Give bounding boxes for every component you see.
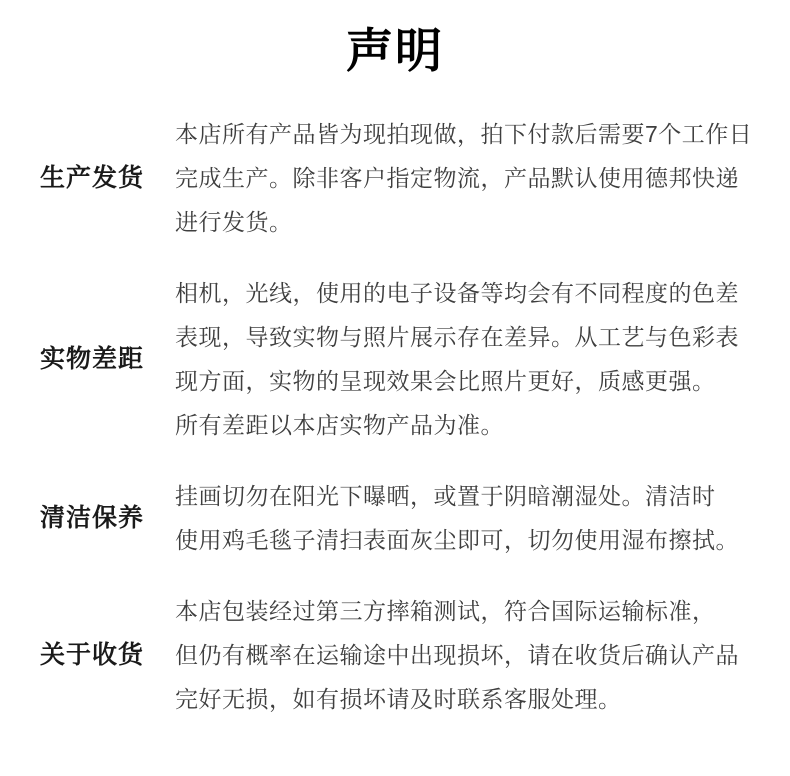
section-text-line: 所有差距以本店实物产品为准。 bbox=[175, 412, 504, 438]
section-text: 相机，光线，使用的电子设备等均会有不同程度的色差表现，导致实物与照片展示存在差异… bbox=[175, 271, 756, 447]
section-text: 本店包装经过第三方摔箱测试，符合国际运输标准，但仍有概率在运输途中出现损坏，请在… bbox=[175, 589, 756, 721]
page-title: 声明 bbox=[0, 22, 790, 80]
statement-section: 实物差距相机，光线，使用的电子设备等均会有不同程度的色差表现，导致实物与照片展示… bbox=[40, 271, 756, 447]
section-text-line: 但仍有概率在运输途中出现损坏，请在收货后确认产品 bbox=[175, 642, 739, 668]
section-text-line: 表现，导致实物与照片展示存在差异。从工艺与色彩表 bbox=[175, 324, 739, 350]
section-label: 生产发货 bbox=[40, 161, 175, 196]
section-label: 清洁保养 bbox=[40, 501, 175, 536]
section-text: 挂画切勿在阳光下曝晒，或置于阴暗潮湿处。清洁时使用鸡毛毯子清扫表面灰尘即可，切勿… bbox=[175, 474, 756, 562]
section-label: 关于收货 bbox=[40, 638, 175, 673]
statement-section: 生产发货本店所有产品皆为现拍现做，拍下付款后需要7个工作日完成生产。除非客户指定… bbox=[40, 112, 756, 244]
statement-section: 关于收货本店包装经过第三方摔箱测试，符合国际运输标准，但仍有概率在运输途中出现损… bbox=[40, 589, 756, 721]
section-text-line: 进行发货。 bbox=[175, 209, 293, 235]
section-text-line: 挂画切勿在阳光下曝晒，或置于阴暗潮湿处。清洁时 bbox=[175, 483, 716, 509]
section-text-line: 本店包装经过第三方摔箱测试，符合国际运输标准， bbox=[175, 598, 716, 624]
section-label: 实物差距 bbox=[40, 342, 175, 377]
statement-section: 清洁保养挂画切勿在阳光下曝晒，或置于阴暗潮湿处。清洁时使用鸡毛毯子清扫表面灰尘即… bbox=[40, 474, 756, 562]
section-text-line: 本店所有产品皆为现拍现做，拍下付款后需要7个工作日 bbox=[175, 121, 752, 147]
statement-page: 声明 生产发货本店所有产品皆为现拍现做，拍下付款后需要7个工作日完成生产。除非客… bbox=[0, 0, 790, 776]
section-text-line: 完成生产。除非客户指定物流，产品默认使用德邦快递 bbox=[175, 165, 739, 191]
section-text: 本店所有产品皆为现拍现做，拍下付款后需要7个工作日完成生产。除非客户指定物流，产… bbox=[175, 112, 756, 244]
statement-sections: 生产发货本店所有产品皆为现拍现做，拍下付款后需要7个工作日完成生产。除非客户指定… bbox=[0, 112, 790, 721]
section-text-line: 完好无损，如有损坏请及时联系客服处理。 bbox=[175, 686, 622, 712]
section-text-line: 现方面，实物的呈现效果会比照片更好，质感更强。 bbox=[175, 368, 716, 394]
section-text-line: 相机，光线，使用的电子设备等均会有不同程度的色差 bbox=[175, 280, 739, 306]
section-text-line: 使用鸡毛毯子清扫表面灰尘即可，切勿使用湿布擦拭。 bbox=[175, 527, 739, 553]
